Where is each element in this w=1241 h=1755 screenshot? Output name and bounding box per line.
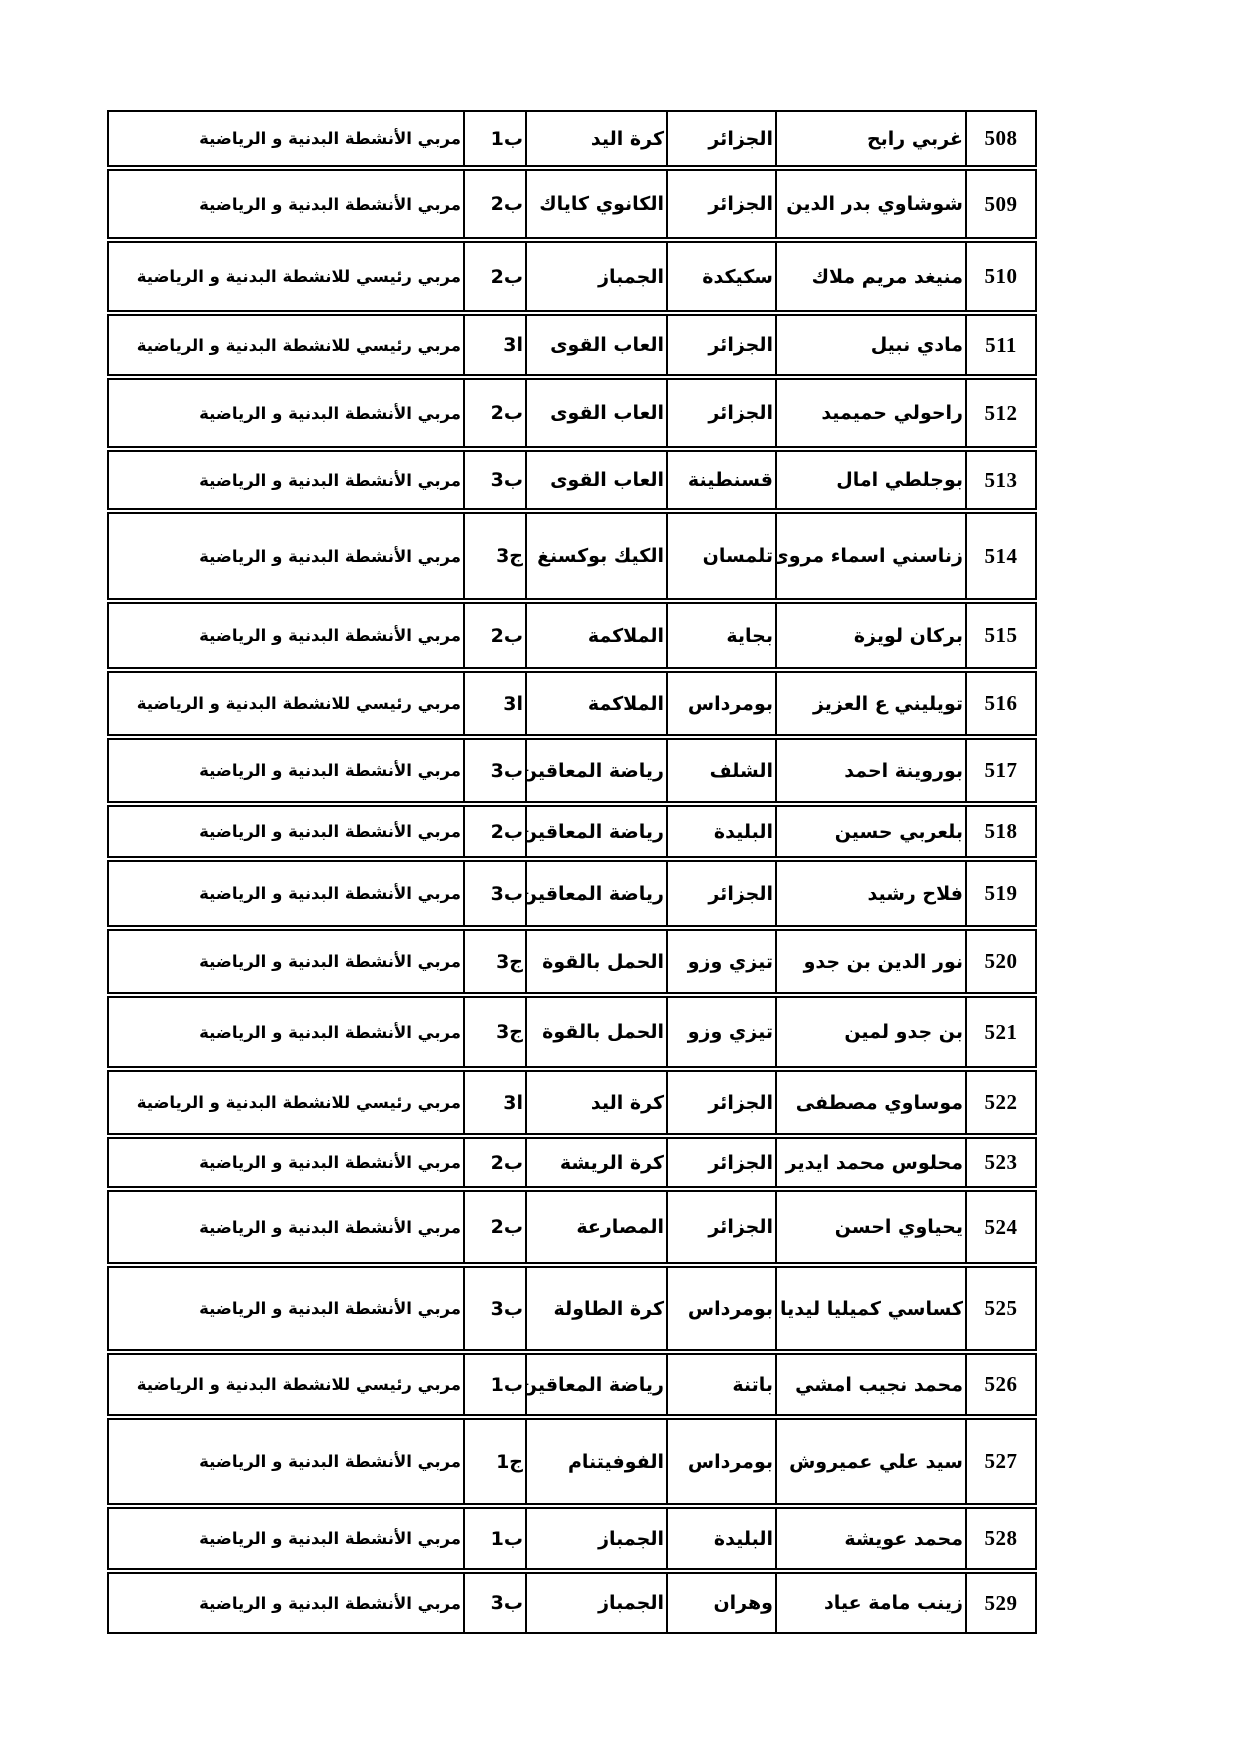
wilaya-cell: البليدة (666, 1509, 775, 1568)
name-cell: بركان لويزة (775, 604, 965, 667)
grade-cell: ا3 (463, 316, 525, 374)
row-number-cell: 528 (965, 1509, 1035, 1568)
grade-cell: ب1 (463, 1355, 525, 1414)
sport-cell: الفوفيتنام (525, 1420, 666, 1503)
grade-cell: ب3 (463, 862, 525, 925)
row-number-cell: 514 (965, 514, 1035, 598)
name-cell: زينب مامة عياد (775, 1574, 965, 1632)
grade-cell: ب3 (463, 740, 525, 801)
table-row: 525 كساسي كميليا ليديا بومرداس كرة الطاو… (107, 1266, 1037, 1351)
grade-cell: ب3 (463, 452, 525, 508)
job-title-cell: مربي الأنشطة البدنية و الرياضية (109, 998, 463, 1066)
roster-table: 508 غربي رابح الجزائر كرة اليد ب1 مربي ا… (107, 110, 1037, 1634)
job-title-cell: مربي الأنشطة البدنية و الرياضية (109, 1509, 463, 1568)
wilaya-cell: وهران (666, 1574, 775, 1632)
table-row: 510 منيغد مريم ملاك سكيكدة الجمباز ب2 مر… (107, 241, 1037, 312)
table-row: 509 شوشاوي بدر الدين الجزائر الكانوي كاي… (107, 169, 1037, 239)
sport-cell: الكانوي كاياك (525, 171, 666, 237)
row-number-cell: 525 (965, 1268, 1035, 1349)
job-title-cell: مربي الأنشطة البدنية و الرياضية (109, 807, 463, 856)
row-number-cell: 511 (965, 316, 1035, 374)
grade-cell: ج1 (463, 1420, 525, 1503)
sport-cell: رياضة المعاقين (525, 740, 666, 801)
row-number-cell: 517 (965, 740, 1035, 801)
job-title-cell: مربي رئيسي للانشطة البدنية و الرياضية (109, 1355, 463, 1414)
wilaya-cell: الشلف (666, 740, 775, 801)
grade-cell: ج3 (463, 514, 525, 598)
row-number-cell: 527 (965, 1420, 1035, 1503)
name-cell: نور الدين بن جدو (775, 931, 965, 992)
table-row: 529 زينب مامة عياد وهران الجمباز ب3 مربي… (107, 1572, 1037, 1634)
grade-cell: ب2 (463, 380, 525, 446)
job-title-cell: مربي رئيسي للانشطة البدنية و الرياضية (109, 1072, 463, 1133)
row-number-cell: 520 (965, 931, 1035, 992)
row-number-cell: 523 (965, 1139, 1035, 1186)
grade-cell: ب1 (463, 112, 525, 165)
table-row: 519 فلاح رشيد الجزائر رياضة المعاقين ب3 … (107, 860, 1037, 927)
job-title-cell: مربي الأنشطة البدنية و الرياضية (109, 1574, 463, 1632)
wilaya-cell: الجزائر (666, 380, 775, 446)
grade-cell: ا3 (463, 1072, 525, 1133)
sport-cell: المصارعة (525, 1192, 666, 1262)
job-title-cell: مربي الأنشطة البدنية و الرياضية (109, 862, 463, 925)
sport-cell: رياضة المعاقين (525, 1355, 666, 1414)
name-cell: بوروينة احمد (775, 740, 965, 801)
name-cell: سيد علي عميروش (775, 1420, 965, 1503)
job-title-cell: مربي رئيسي للانشطة البدنية و الرياضية (109, 316, 463, 374)
table-row: 521 بن جدو لمين تيزي وزو الحمل بالقوة ج3… (107, 996, 1037, 1068)
table-row: 514 زناسني اسماء مروى تلمسان الكيك بوكسن… (107, 512, 1037, 600)
sport-cell: كرة الريشة (525, 1139, 666, 1186)
job-title-cell: مربي الأنشطة البدنية و الرياضية (109, 1139, 463, 1186)
table-row: 527 سيد علي عميروش بومرداس الفوفيتنام ج1… (107, 1418, 1037, 1505)
grade-cell: ج3 (463, 998, 525, 1066)
name-cell: غربي رابح (775, 112, 965, 165)
job-title-cell: مربي الأنشطة البدنية و الرياضية (109, 1192, 463, 1262)
wilaya-cell: البليدة (666, 807, 775, 856)
grade-cell: ب3 (463, 1574, 525, 1632)
wilaya-cell: بومرداس (666, 1268, 775, 1349)
wilaya-cell: بومرداس (666, 1420, 775, 1503)
wilaya-cell: الجزائر (666, 316, 775, 374)
sport-cell: رياضة المعاقين (525, 862, 666, 925)
name-cell: محمد عويشة (775, 1509, 965, 1568)
table-row: 508 غربي رابح الجزائر كرة اليد ب1 مربي ا… (107, 110, 1037, 167)
table-row: 522 موساوي مصطفى الجزائر كرة اليد ا3 مرب… (107, 1070, 1037, 1135)
table-row: 516 تويليني ع العزيز بومرداس الملاكمة ا3… (107, 671, 1037, 736)
name-cell: بن جدو لمين (775, 998, 965, 1066)
table-row: 520 نور الدين بن جدو تيزي وزو الحمل بالق… (107, 929, 1037, 994)
job-title-cell: مربي الأنشطة البدنية و الرياضية (109, 380, 463, 446)
job-title-cell: مربي الأنشطة البدنية و الرياضية (109, 1268, 463, 1349)
row-number-cell: 521 (965, 998, 1035, 1066)
name-cell: محلوس محمد ايدير (775, 1139, 965, 1186)
sport-cell: الجمباز (525, 243, 666, 310)
job-title-cell: مربي الأنشطة البدنية و الرياضية (109, 171, 463, 237)
sport-cell: كرة الطاولة (525, 1268, 666, 1349)
wilaya-cell: الجزائر (666, 1072, 775, 1133)
grade-cell: ب2 (463, 1139, 525, 1186)
grade-cell: ب3 (463, 1268, 525, 1349)
name-cell: بلعربي حسين (775, 807, 965, 856)
wilaya-cell: الجزائر (666, 862, 775, 925)
name-cell: موساوي مصطفى (775, 1072, 965, 1133)
grade-cell: ب2 (463, 243, 525, 310)
row-number-cell: 509 (965, 171, 1035, 237)
grade-cell: ب2 (463, 171, 525, 237)
row-number-cell: 529 (965, 1574, 1035, 1632)
wilaya-cell: تلمسان (666, 514, 775, 598)
row-number-cell: 513 (965, 452, 1035, 508)
job-title-cell: مربي الأنشطة البدنية و الرياضية (109, 740, 463, 801)
sport-cell: الحمل بالقوة (525, 998, 666, 1066)
wilaya-cell: تيزي وزو (666, 931, 775, 992)
sport-cell: كرة اليد (525, 1072, 666, 1133)
name-cell: تويليني ع العزيز (775, 673, 965, 734)
table-row: 524 يحياوي احسن الجزائر المصارعة ب2 مربي… (107, 1190, 1037, 1264)
sport-cell: العاب القوى (525, 452, 666, 508)
job-title-cell: مربي الأنشطة البدنية و الرياضية (109, 112, 463, 165)
sport-cell: كرة اليد (525, 112, 666, 165)
row-number-cell: 515 (965, 604, 1035, 667)
table-row: 518 بلعربي حسين البليدة رياضة المعاقين ب… (107, 805, 1037, 858)
scanned-document-page: 508 غربي رابح الجزائر كرة اليد ب1 مربي ا… (0, 0, 1241, 1755)
wilaya-cell: بومرداس (666, 673, 775, 734)
row-number-cell: 526 (965, 1355, 1035, 1414)
job-title-cell: مربي الأنشطة البدنية و الرياضية (109, 452, 463, 508)
sport-cell: الكيك بوكسنغ (525, 514, 666, 598)
grade-cell: ج3 (463, 931, 525, 992)
name-cell: منيغد مريم ملاك (775, 243, 965, 310)
grade-cell: ب1 (463, 1509, 525, 1568)
wilaya-cell: الجزائر (666, 112, 775, 165)
wilaya-cell: الجزائر (666, 1139, 775, 1186)
row-number-cell: 512 (965, 380, 1035, 446)
sport-cell: الملاكمة (525, 604, 666, 667)
name-cell: محمد نجيب امشي (775, 1355, 965, 1414)
wilaya-cell: قسنطينة (666, 452, 775, 508)
sport-cell: العاب القوى (525, 380, 666, 446)
job-title-cell: مربي الأنشطة البدنية و الرياضية (109, 1420, 463, 1503)
sport-cell: العاب القوى (525, 316, 666, 374)
row-number-cell: 522 (965, 1072, 1035, 1133)
job-title-cell: مربي رئيسي للانشطة البدنية و الرياضية (109, 243, 463, 310)
table-row: 512 راحولي حميميد الجزائر العاب القوى ب2… (107, 378, 1037, 448)
table-row: 526 محمد نجيب امشي باتنة رياضة المعاقين … (107, 1353, 1037, 1416)
table-row: 513 بوجلطي امال قسنطينة العاب القوى ب3 م… (107, 450, 1037, 510)
sport-cell: الجمباز (525, 1574, 666, 1632)
grade-cell: ب2 (463, 604, 525, 667)
name-cell: بوجلطي امال (775, 452, 965, 508)
job-title-cell: مربي الأنشطة البدنية و الرياضية (109, 514, 463, 598)
name-cell: كساسي كميليا ليديا (775, 1268, 965, 1349)
wilaya-cell: تيزي وزو (666, 998, 775, 1066)
grade-cell: ب2 (463, 1192, 525, 1262)
job-title-cell: مربي الأنشطة البدنية و الرياضية (109, 931, 463, 992)
job-title-cell: مربي رئيسي للانشطة البدنية و الرياضية (109, 673, 463, 734)
row-number-cell: 518 (965, 807, 1035, 856)
table-row: 511 مادي نبيل الجزائر العاب القوى ا3 مرب… (107, 314, 1037, 376)
wilaya-cell: باتنة (666, 1355, 775, 1414)
wilaya-cell: سكيكدة (666, 243, 775, 310)
table-row: 528 محمد عويشة البليدة الجمباز ب1 مربي ا… (107, 1507, 1037, 1570)
name-cell: راحولي حميميد (775, 380, 965, 446)
name-cell: مادي نبيل (775, 316, 965, 374)
name-cell: زناسني اسماء مروى (775, 514, 965, 598)
wilaya-cell: الجزائر (666, 171, 775, 237)
sport-cell: الجمباز (525, 1509, 666, 1568)
sport-cell: الحمل بالقوة (525, 931, 666, 992)
table-row: 523 محلوس محمد ايدير الجزائر كرة الريشة … (107, 1137, 1037, 1188)
sport-cell: رياضة المعاقين (525, 807, 666, 856)
name-cell: شوشاوي بدر الدين (775, 171, 965, 237)
grade-cell: ب2 (463, 807, 525, 856)
wilaya-cell: بجاية (666, 604, 775, 667)
grade-cell: ا3 (463, 673, 525, 734)
row-number-cell: 508 (965, 112, 1035, 165)
table-row: 515 بركان لويزة بجاية الملاكمة ب2 مربي ا… (107, 602, 1037, 669)
row-number-cell: 524 (965, 1192, 1035, 1262)
name-cell: فلاح رشيد (775, 862, 965, 925)
job-title-cell: مربي الأنشطة البدنية و الرياضية (109, 604, 463, 667)
wilaya-cell: الجزائر (666, 1192, 775, 1262)
row-number-cell: 516 (965, 673, 1035, 734)
name-cell: يحياوي احسن (775, 1192, 965, 1262)
row-number-cell: 510 (965, 243, 1035, 310)
sport-cell: الملاكمة (525, 673, 666, 734)
row-number-cell: 519 (965, 862, 1035, 925)
table-row: 517 بوروينة احمد الشلف رياضة المعاقين ب3… (107, 738, 1037, 803)
